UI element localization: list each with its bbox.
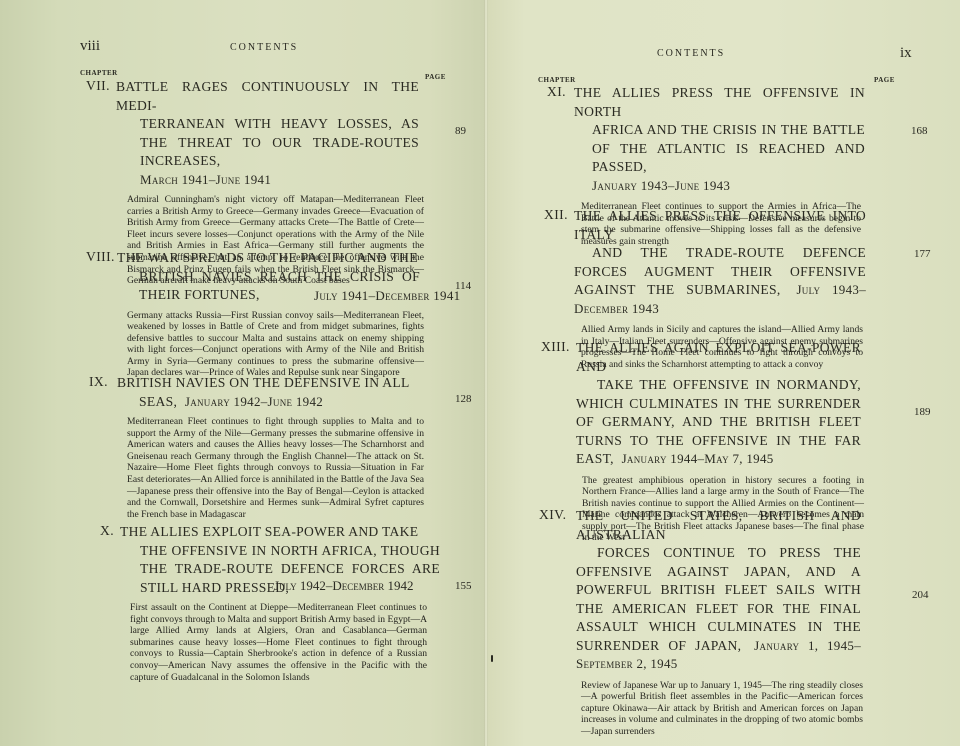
chapter-number: VIII. bbox=[86, 249, 115, 265]
running-head: CONTENTS bbox=[230, 42, 298, 53]
page-number: ix bbox=[900, 45, 912, 62]
chapter-title: THE ALLIES PRESS THE OFFENSIVE IN NORTH … bbox=[547, 84, 865, 195]
running-head: CONTENTS bbox=[657, 48, 725, 59]
chapter-page-ref: 114 bbox=[455, 280, 471, 292]
chapter-page-ref: 89 bbox=[455, 125, 466, 137]
chapter-number: IX. bbox=[89, 374, 108, 390]
chapter-summary: Mediterranean Fleet continues to fight t… bbox=[127, 416, 424, 520]
chapter-dates: March 1941–June 1941 bbox=[116, 171, 419, 190]
toc-entry-chapter-14[interactable]: XIV. THE UNITED STATES, BRITISH AND AUST… bbox=[539, 507, 934, 737]
chapter-title: THE ALLIES PRESS THE OFFENSIVE INTO ITAL… bbox=[544, 207, 866, 318]
chapter-title: THE UNITED STATES, BRITISH AND AUSTRALIA… bbox=[539, 507, 861, 674]
chapter-number: XI. bbox=[547, 84, 566, 100]
right-page: CONTENTS ix CHAPTER PAGE XI. THE ALLIES … bbox=[487, 0, 960, 746]
chapter-number: VII. bbox=[86, 78, 110, 94]
chapter-dates: July 1942–December 1942 bbox=[274, 578, 414, 594]
chapter-column-label: CHAPTER bbox=[538, 76, 576, 84]
chapter-title: BRITISH NAVIES ON THE DEFENSIVE IN ALL S… bbox=[86, 374, 420, 411]
chapter-summary: Review of Japanese War up to January 1, … bbox=[581, 680, 863, 738]
chapter-page-ref: 177 bbox=[914, 248, 931, 260]
chapter-summary: Germany attacks Russia—First Russian con… bbox=[127, 310, 424, 380]
chapter-summary: First assault on the Continent at Dieppe… bbox=[130, 602, 427, 683]
book-spread: viii CONTENTS CHAPTER PAGE VII. BATTLE R… bbox=[0, 0, 960, 746]
page-column-label: PAGE bbox=[874, 76, 895, 84]
chapter-page-ref: 155 bbox=[455, 580, 472, 592]
chapter-dates: January 1943–June 1943 bbox=[574, 177, 865, 196]
chapter-page-ref: 128 bbox=[455, 393, 472, 405]
binding-mark bbox=[491, 655, 493, 662]
chapter-number: XIV. bbox=[539, 507, 566, 523]
book-gutter bbox=[484, 0, 488, 746]
toc-entry-chapter-10[interactable]: X. THE ALLIES EXPLOIT SEA-POWER AND TAKE… bbox=[100, 523, 456, 683]
chapter-dates: January 1944–May 7, 1945 bbox=[618, 451, 774, 466]
chapter-page-ref: 168 bbox=[911, 125, 928, 137]
chapter-number: XII. bbox=[544, 207, 568, 223]
page-number: viii bbox=[80, 38, 100, 55]
left-page: viii CONTENTS CHAPTER PAGE VII. BATTLE R… bbox=[0, 0, 487, 746]
chapter-page-ref: 204 bbox=[912, 589, 929, 601]
chapter-column-label: CHAPTER bbox=[80, 69, 118, 77]
chapter-page-ref: 189 bbox=[914, 406, 931, 418]
chapter-number: XIII. bbox=[541, 339, 570, 355]
chapter-title: THE WAR SPREADS TO THE PACIFIC AND THE B… bbox=[86, 249, 420, 305]
chapter-title: THE ALLIES AGAIN EXPLOIT SEA-POWER AND T… bbox=[541, 339, 861, 469]
chapter-number: X. bbox=[100, 523, 114, 539]
toc-entry-chapter-9[interactable]: IX. BRITISH NAVIES ON THE DEFENSIVE IN A… bbox=[86, 374, 456, 520]
toc-entry-chapter-8[interactable]: VIII. THE WAR SPREADS TO THE PACIFIC AND… bbox=[86, 249, 456, 379]
chapter-title: BATTLE RAGES CONTINUOUSLY IN THE MEDI- T… bbox=[86, 78, 419, 189]
chapter-dates: January 1942–June 1942 bbox=[181, 394, 323, 409]
